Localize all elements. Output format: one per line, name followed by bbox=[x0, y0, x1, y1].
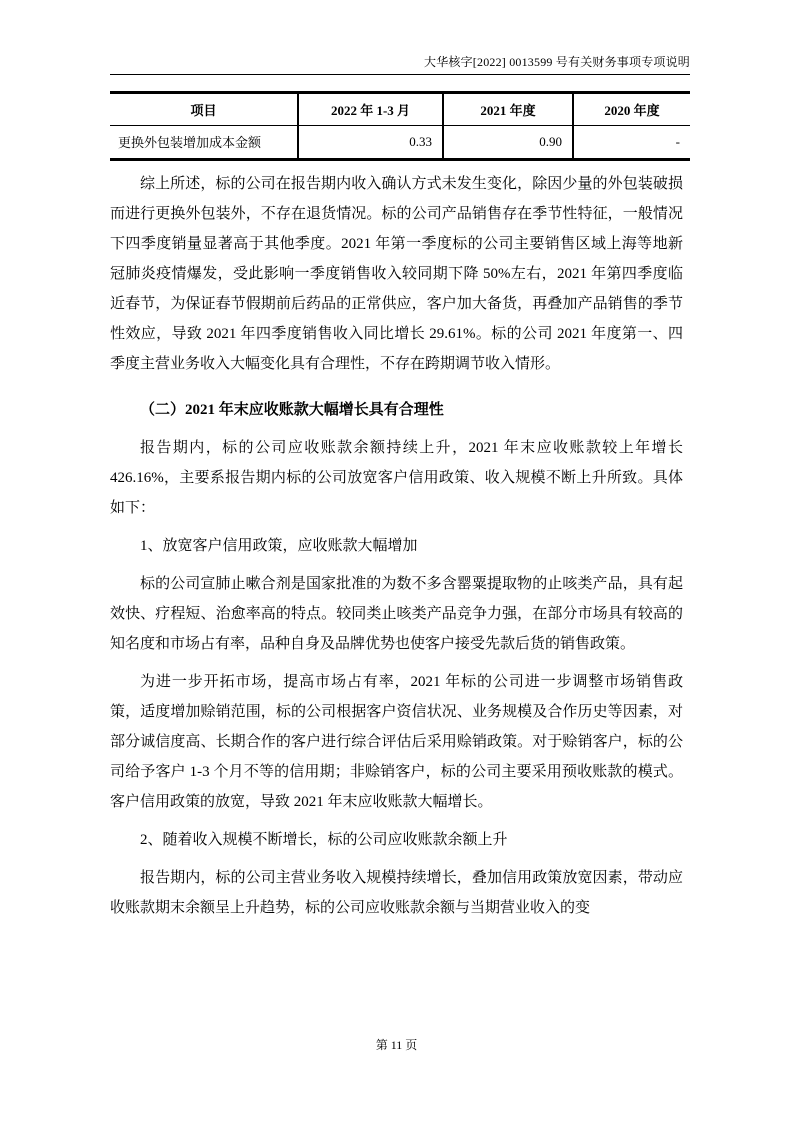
table-header-row: 项目 2022 年 1-3 月 2021 年度 2020 年度 bbox=[110, 93, 690, 126]
table-cell-item: 更换外包装增加成本金额 bbox=[110, 126, 298, 160]
paragraph-revenue-growth: 报告期内，标的公司主营业务收入规模持续增长，叠加信用政策放宽因素，带动应收账款期… bbox=[110, 863, 683, 923]
table-cell-2021-value: 0.90 bbox=[443, 126, 573, 160]
section-heading-receivables: （二）2021 年末应收账款大幅增长具有合理性 bbox=[110, 395, 683, 425]
paragraph-summary: 综上所述，标的公司在报告期内收入确认方式未发生变化，除因少量的外包装破损而进行更… bbox=[110, 169, 683, 379]
table-row: 更换外包装增加成本金额 0.33 0.90 - bbox=[110, 126, 690, 160]
page-number: 第 11 页 bbox=[376, 1038, 418, 1052]
paragraph-product-advantage: 标的公司宣肺止嗽合剂是国家批准的为数不多含罂粟提取物的止咳类产品，具有起效快、疗… bbox=[110, 569, 683, 659]
table-header-2020: 2020 年度 bbox=[573, 93, 690, 126]
paragraph-receivables-growth: 报告期内，标的公司应收账款余额持续上升，2021 年末应收账款较上年增长 426… bbox=[110, 433, 683, 523]
document-body: 综上所述，标的公司在报告期内收入确认方式未发生变化，除因少量的外包装破损而进行更… bbox=[110, 169, 683, 923]
packaging-cost-table: 项目 2022 年 1-3 月 2021 年度 2020 年度 更换外包装增加成… bbox=[110, 91, 690, 161]
paragraph-credit-terms: 为进一步开拓市场，提高市场占有率，2021 年标的公司进一步调整市场销售政策，适… bbox=[110, 667, 683, 817]
table-cell-2020-value: - bbox=[573, 126, 690, 160]
table-header-2021: 2021 年度 bbox=[443, 93, 573, 126]
page-footer: 第 11 页 bbox=[0, 1036, 793, 1053]
table-header-item: 项目 bbox=[110, 93, 298, 126]
subheading-credit-policy: 1、放宽客户信用政策，应收账款大幅增加 bbox=[110, 531, 683, 561]
subheading-revenue-scale: 2、随着收入规模不断增长，标的公司应收账款余额上升 bbox=[110, 825, 683, 855]
document-page: 大华核字[2022] 0013599 号有关财务事项专项说明 项目 2022 年… bbox=[0, 0, 793, 1122]
document-header: 大华核字[2022] 0013599 号有关财务事项专项说明 bbox=[110, 0, 690, 75]
table-header-2022: 2022 年 1-3 月 bbox=[298, 93, 443, 126]
table-cell-2022-value: 0.33 bbox=[298, 126, 443, 160]
doc-reference-text: 大华核字[2022] 0013599 号有关财务事项专项说明 bbox=[110, 55, 690, 70]
